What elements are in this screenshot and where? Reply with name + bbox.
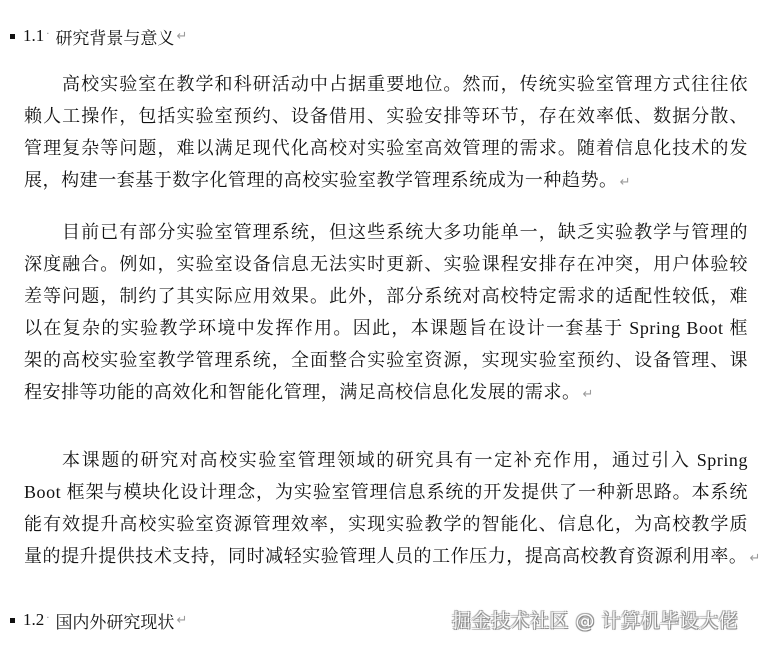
paragraph-mark-icon: ↵ — [176, 613, 187, 628]
text-line: 展，构建一套基于数字化管理的高校实验室教学管理系统成为一种趋势。↵ — [24, 164, 748, 196]
text-span: 程安排等功能的高效化和智能化管理，满足高校信息化发展的需求。 — [24, 382, 581, 402]
text-span: 量的提升提供技术支持，同时减轻实验管理人员的工作压力，提高高校教育资源利用率。 — [24, 546, 747, 566]
paragraph-mark-icon: ↵ — [620, 175, 631, 190]
text-line: 管理复杂等问题，难以满足现代化高校对实验室高效管理的需求。随着信息化技术的发 — [24, 132, 748, 164]
heading-1-1: 1.1 · 研究背景与意义 ↵ — [10, 24, 187, 48]
paragraph-mark-icon: ↵ — [749, 551, 760, 566]
heading-1-2: 1.2 · 国内外研究现状 ↵ — [10, 608, 187, 632]
text-line: 能有效提升高校实验室资源管理效率，实现实验教学的智能化、信息化，为高校教学质 — [24, 508, 748, 540]
paragraph-2: 目前已有部分实验室管理系统，但这些系统大多功能单一，缺乏实验教学与管理的 深度融… — [24, 216, 748, 408]
text-line: 赖人工操作，包括实验室预约、设备借用、实验安排等环节，存在效率低、数据分散、 — [24, 100, 748, 132]
text-line: 以在复杂的实验教学环境中发挥作用。因此，本课题旨在设计一套基于 Spring B… — [24, 312, 748, 344]
paragraph-1: 高校实验室在教学和科研活动中占据重要地位。然而，传统实验室管理方式往往依 赖人工… — [24, 68, 748, 196]
paragraph-mark-icon: ↵ — [583, 387, 594, 402]
text-line: 本课题的研究对高校实验室管理领域的研究具有一定补充作用，通过引入 Spring — [24, 444, 748, 476]
text-line: 量的提升提供技术支持，同时减轻实验管理人员的工作压力，提高高校教育资源利用率。↵ — [24, 540, 748, 572]
paragraph-3: 本课题的研究对高校实验室管理领域的研究具有一定补充作用，通过引入 Spring … — [24, 444, 748, 572]
heading-number: 1.1 — [23, 26, 44, 46]
space-mark: · — [46, 613, 49, 624]
document-page: 1.1 · 研究背景与意义 ↵ 高校实验室在教学和科研活动中占据重要地位。然而，… — [0, 0, 771, 649]
list-bullet-icon — [10, 34, 15, 39]
heading-title: 研究背景与意义 — [55, 24, 174, 49]
heading-number: 1.2 — [23, 610, 44, 630]
text-line: Boot 框架与模块化设计理念，为实验室管理信息系统的开发提供了一种新思路。本系… — [24, 476, 748, 508]
space-mark: · — [46, 29, 49, 40]
watermark: 掘金技术社区 @ 计算机毕设大佬 — [452, 606, 738, 633]
text-span: 展，构建一套基于数字化管理的高校实验室教学管理系统成为一种趋势。 — [24, 170, 618, 190]
text-line: 差等问题，制约了其实际应用效果。此外，部分系统对高校特定需求的适配性较低，难 — [24, 280, 748, 312]
text-line: 目前已有部分实验室管理系统，但这些系统大多功能单一，缺乏实验教学与管理的 — [24, 216, 748, 248]
paragraph-mark-icon: ↵ — [176, 29, 187, 44]
heading-title: 国内外研究现状 — [55, 608, 174, 633]
text-line: 架的高校实验室教学管理系统，全面整合实验室资源，实现实验室预约、设备管理、课 — [24, 344, 748, 376]
list-bullet-icon — [10, 618, 15, 623]
text-line: 高校实验室在教学和科研活动中占据重要地位。然而，传统实验室管理方式往往依 — [24, 68, 748, 100]
text-line: 深度融合。例如，实验室设备信息无法实时更新、实验课程安排存在冲突，用户体验较 — [24, 248, 748, 280]
text-line: 程安排等功能的高效化和智能化管理，满足高校信息化发展的需求。↵ — [24, 376, 748, 408]
